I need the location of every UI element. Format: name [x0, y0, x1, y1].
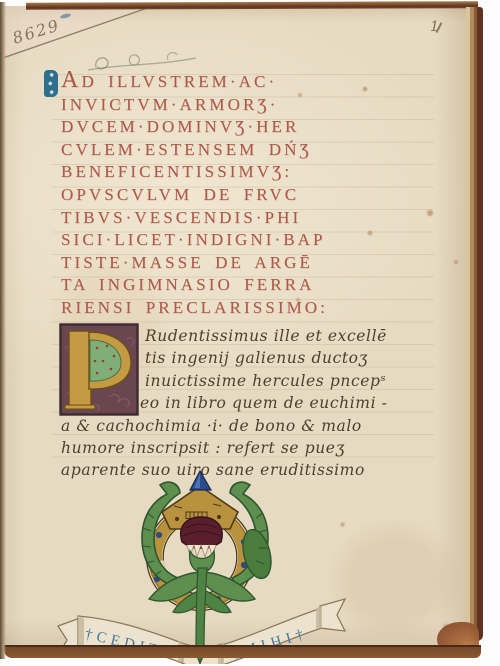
- rubric-line: TISTE·MASSE DE ARGĒ: [61, 252, 451, 275]
- rubric-line: BENEFICENTISSIMVƷ:: [61, 161, 451, 184]
- rubric-line: AD ILLVSTREM·AC·: [61, 69, 451, 94]
- thistle-stem: [196, 568, 207, 650]
- rubric-line: OPVSCVLVM DE FRVC: [61, 184, 451, 207]
- rubric-line: DVCEM·DOMINVƷ·HER: [61, 116, 451, 139]
- book-gutter: [0, 2, 6, 659]
- rubric-line: INVICTVM·ARMORƷ·: [61, 94, 451, 117]
- body-line: eo in libro quem de euchimi -: [140, 392, 461, 414]
- thistle-flower: [181, 517, 223, 573]
- rubric-block: AD ILLVSTREM·AC· INVICTVM·ARMORƷ· DVCEM·…: [61, 69, 451, 320]
- rubric-line: TA INGIMNASIO FERRA: [61, 274, 451, 297]
- book-bottom-edge: [4, 645, 481, 658]
- thistle-emblem: †CEDITE †MIHI†: [50, 468, 360, 664]
- manuscript-photo: 8629 1 AD ILLVSTREM·AC· INVICTVM·ARMORƷ·…: [0, 0, 500, 666]
- blue-finial: [190, 471, 211, 490]
- body-line: humore inscripsit : refert se pueʒ: [61, 437, 461, 459]
- blue-paraph-mark: [44, 70, 58, 97]
- rubric-line: SICI·LICET·INDIGNI·BAP: [61, 229, 451, 252]
- rubric-line: RIENSI PRECLARISSIMO:: [61, 297, 451, 320]
- body-text-block: Rudentissimus ille et excellē tis ingeni…: [61, 325, 461, 482]
- book-fore-edge: [466, 7, 483, 641]
- body-line: Rudentissimus ille et excellē: [145, 325, 461, 347]
- rubric-line: CVLEM·ESTENSEM DŃƷ: [61, 139, 451, 162]
- body-line: tis ingenij galienus ductoʒ: [145, 347, 461, 369]
- body-line: a & cachochimia ·i· de bono & malo: [61, 415, 461, 437]
- body-line: inuictissime hercules pncepˢ: [145, 370, 461, 392]
- rubric-line: TIBVS·VESCENDIS·PHI: [61, 207, 451, 230]
